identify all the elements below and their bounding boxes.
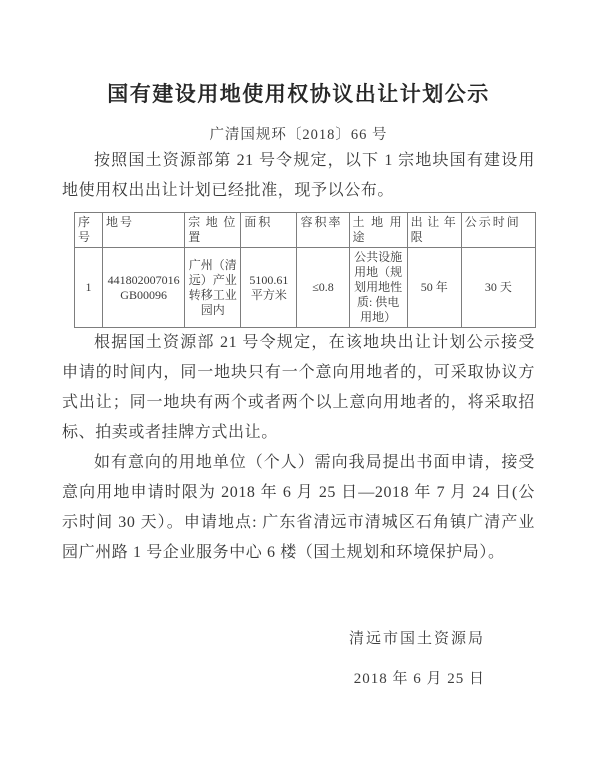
header-plot-ratio: 容积率 [297, 213, 349, 248]
notice-document-page: 国有建设用地使用权协议出让计划公示 广清国规环〔2018〕66 号 按照国土资源… [0, 0, 593, 767]
header-serial-no: 序号 [75, 213, 103, 248]
header-parcel-no: 地号 [103, 213, 185, 248]
paragraph-rules: 根据国土资源部 21 号令规定，在该地块出让计划公示接受申请的时间内，同一地块只… [62, 328, 535, 448]
cell-land-use: 公共设施用地（规划用地性质: 供电用地） [349, 248, 407, 328]
doc-number: 广清国规环〔2018〕66 号 [62, 124, 535, 146]
page-title: 国有建设用地使用权协议出让计划公示 [62, 78, 535, 110]
cell-location: 广州（清远）产业转移工业园内 [185, 248, 241, 328]
paragraph-approval: 按照国土资源部第 21 号令规定，以下 1 宗地块国有建设用地使用权出出让计划已… [62, 146, 535, 206]
header-publicity-time: 公示时间 [461, 213, 535, 248]
cell-area: 5100.61 平方米 [241, 248, 297, 328]
cell-plot-ratio: ≤0.8 [297, 248, 349, 328]
cell-serial-no: 1 [75, 248, 103, 328]
issuer-name: 清远市国土资源局 [62, 624, 485, 654]
paragraph-application: 如有意向的用地单位（个人）需向我局提出书面申请，接受意向用地申请时限为 2018… [62, 448, 535, 568]
cell-parcel-no: 441802007016GB00096 [103, 248, 185, 328]
table-row: 1 441802007016GB00096 广州（清远）产业转移工业园内 510… [75, 248, 536, 328]
header-location: 宗地位置 [185, 213, 241, 248]
cell-grant-term: 50 年 [407, 248, 461, 328]
cell-publicity-time: 30 天 [461, 248, 535, 328]
header-land-use: 土地用途 [349, 213, 407, 248]
issue-date: 2018 年 6 月 25 日 [62, 664, 485, 694]
table-header-row: 序号 地号 宗地位置 面积 容积率 土地用途 出让年限 公示时间 [75, 213, 536, 248]
header-grant-term: 出让年限 [407, 213, 461, 248]
land-parcel-table: 序号 地号 宗地位置 面积 容积率 土地用途 出让年限 公示时间 1 44180… [74, 212, 536, 328]
header-area: 面积 [241, 213, 297, 248]
signature-block: 清远市国土资源局 2018 年 6 月 25 日 [62, 624, 535, 694]
